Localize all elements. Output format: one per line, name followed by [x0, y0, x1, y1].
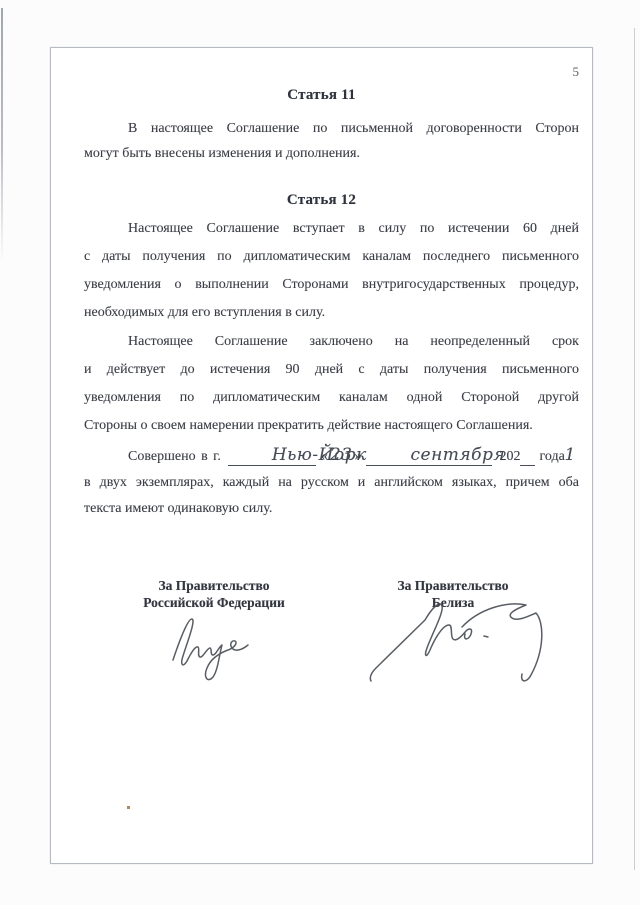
handwritten-year-digit: 1 — [520, 446, 535, 466]
scan-edge-artifact-left — [1, 8, 3, 263]
ink-speck — [127, 806, 130, 809]
signature-label-line: За Правительство — [373, 577, 533, 594]
text-line: Стороны о своем намерении прекратить дей… — [84, 412, 579, 440]
signature-block-russia-label: За Правительство Российской Федерации — [129, 577, 299, 611]
text-line: уведомления по дипломатическим каналам о… — [84, 384, 579, 412]
close-quote: » — [354, 449, 361, 464]
execution-prefix: Совершено в г. — [128, 449, 221, 464]
text-line: Настоящее Соглашение вступает в силу по … — [84, 215, 579, 243]
year-printed: 202 — [499, 449, 520, 464]
text-line: в двух экземплярах, каждый на русском и … — [84, 470, 579, 496]
text-line: В настоящее Соглашение по письменной дог… — [84, 116, 579, 141]
text-line: с даты получения по дипломатическим кана… — [84, 243, 579, 271]
handwritten-month: сентября — [366, 446, 492, 466]
open-quote: « — [321, 449, 328, 464]
text-line: Настоящее Соглашение заключено на неопре… — [84, 328, 579, 356]
text-line: текста имеют одинаковую силу. — [84, 496, 579, 522]
signature-label-line: За Правительство — [129, 577, 299, 594]
page-number: 5 — [573, 64, 580, 80]
scan-edge-artifact-right — [634, 28, 635, 870]
execution-line-1: Совершено в г.Нью-Йорк«23»сентября2021го… — [84, 442, 579, 470]
handwritten-city: Нью-Йорк — [228, 446, 316, 466]
year-suffix: года — [539, 449, 564, 464]
text-line: могут быть внесены изменения и дополнени… — [84, 141, 579, 166]
document-page: 5 Статья 11 В настоящее Соглашение по пи… — [50, 47, 593, 864]
article-11-paragraph: В настоящее Соглашение по письменной дог… — [84, 116, 579, 166]
text-line: необходимых для его вступления в силу. — [84, 299, 579, 327]
signature-belize — [365, 595, 551, 691]
article-11-heading: Статья 11 — [51, 87, 592, 104]
text-line: и действует до истечения 90 дней с даты … — [84, 356, 579, 384]
handwritten-day: 23 — [330, 445, 353, 465]
execution-clause: Совершено в г.Нью-Йорк«23»сентября2021го… — [84, 442, 579, 522]
text-line: уведомления о выполнении Сторонами внутр… — [84, 271, 579, 299]
article-12-paragraph-1: Настоящее Соглашение вступает в силу по … — [84, 215, 579, 327]
article-12-heading: Статья 12 — [51, 192, 592, 209]
signature-russia — [163, 608, 265, 686]
article-12-paragraph-2: Настоящее Соглашение заключено на неопре… — [84, 328, 579, 440]
